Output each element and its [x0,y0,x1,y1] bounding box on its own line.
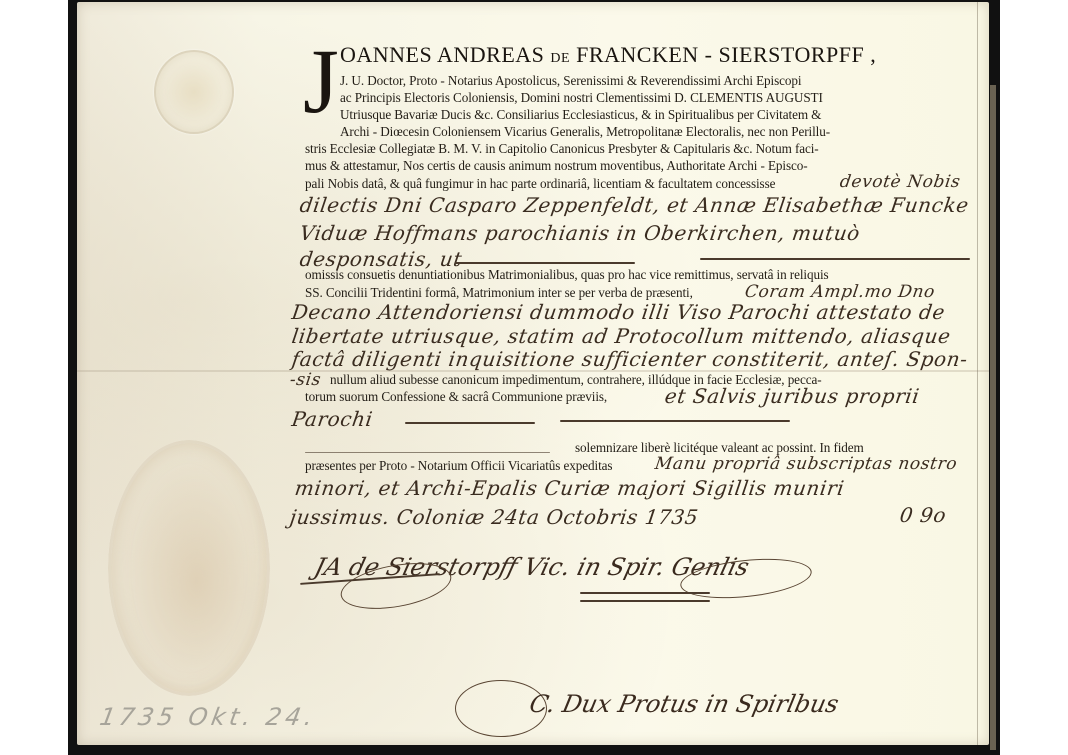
handwritten-entry: Coram Ampl.mo Dno [744,282,937,302]
handwritten-entry: factâ diligenti inquisitione sufficiente… [290,347,969,371]
pencil-archival-date-note: 1735 Okt. 24. [98,703,319,731]
printed-line: torum suorum Confessione & sacrâ Communi… [305,389,607,405]
fill-line [405,422,535,424]
printed-line: Utriusque Bavariæ Ducis &c. Consiliarius… [340,107,821,123]
fill-line [455,262,635,264]
printed-line: præsentes per Proto - Notarium Officii V… [305,458,612,474]
large-oval-seal-impression-icon [108,440,270,696]
handwritten-entry: minori, et Archi-Epalis Curiæ majori Sig… [293,476,846,500]
handwritten-entry: et Salvis juribus proprii [663,384,921,408]
handwritten-entry: Viduæ Hoffmans parochianis in Oberkirche… [298,221,861,245]
proto-notary-signature: C. Dux Protus in Spirlbus [527,690,841,718]
printed-line: Archi - Diœcesin Coloniensem Vicarius Ge… [340,124,830,140]
fold-line-vertical [977,2,978,745]
printed-line: omissis consuetis denuntiationibus Matri… [305,267,829,283]
fill-line [560,420,790,422]
heading-de: DE [550,51,570,66]
fill-line [305,452,550,453]
page-edge [990,85,996,750]
drop-cap-initial: J [303,38,339,124]
printed-line: pali Nobis datâ, & quâ fungimur in hac p… [305,176,775,192]
printed-line: stris Ecclesiæ Collegiatæ B. M. V. in Ca… [305,141,819,157]
heading-part-1: OANNES ANDREAS [340,42,544,67]
signature-stroke [580,600,710,602]
handwritten-entry: -sis [289,370,323,390]
printed-line: ac Principis Electoris Coloniensis, Domi… [340,90,823,106]
printed-line: SS. Concilii Tridentini formâ, Matrimoni… [305,285,693,301]
printed-line: mus & attestamur, Nos certis de causis a… [305,158,808,174]
heading-part-2: FRANCKEN - SIERSTORPFF , [576,42,876,67]
handwritten-entry: dilectis Dni Casparo Zeppenfeldt, et Ann… [298,193,970,217]
date-line: jussimus. Coloniæ 24ta Octobris 1735 [288,505,700,529]
handwritten-entry: devotè Nobis [839,172,962,192]
handwritten-entry: Parochi [290,407,374,431]
issuer-name-heading: OANNES ANDREAS DE FRANCKEN - SIERSTORPFF… [340,42,876,68]
printed-line: J. U. Doctor, Proto - Notarius Apostolic… [340,73,801,89]
handwritten-entry: libertate utriusque, statim ad Protocoll… [290,324,952,348]
fee-notation: 0 9o [898,503,948,527]
signature-stroke [580,592,710,594]
fill-line [700,258,970,260]
small-seal-impression-icon [154,50,234,134]
handwritten-entry: Decano Attendoriensi dummodo illi Viso P… [290,300,946,324]
handwritten-entry: Manu propriâ subscriptas nostro [654,454,959,474]
